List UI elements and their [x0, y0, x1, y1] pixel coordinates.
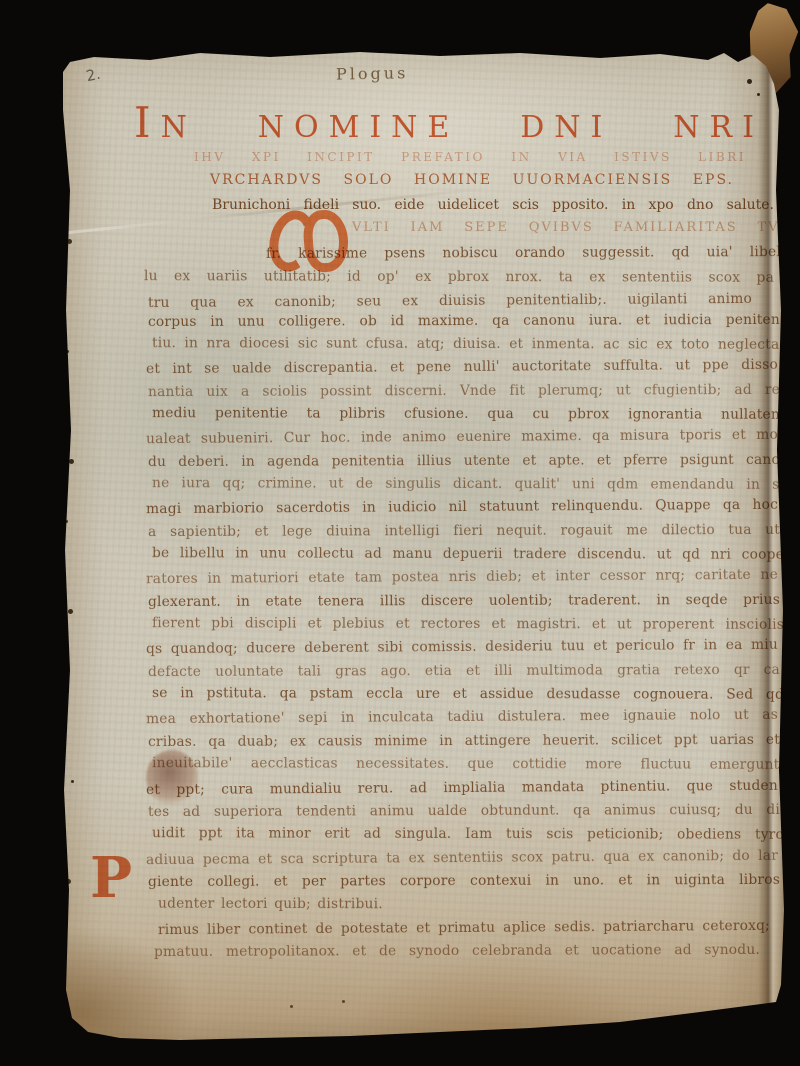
text-line: adiuua pecma et sca scriptura ta ex sent… — [146, 848, 778, 867]
text-line: fierent pbi discipli et plebius et recto… — [152, 616, 784, 632]
initial-m-right-bowl — [302, 209, 350, 274]
main-title-rubric: IN NOMINE DNI NRI — [134, 98, 764, 147]
running-title: Plogus — [336, 63, 409, 83]
text-line: defacte uoluntate tali gras ago. etia et… — [148, 663, 780, 680]
text-line: ineuitabile' aecclasticas necessitates. … — [152, 756, 784, 772]
faded-subtitle-rubric: IHV XPI INCIPIT PREFATIO IN VIA ISTIVS L… — [194, 150, 746, 164]
text-line: mea exhortatione' sepi in inculcata tadi… — [146, 708, 778, 727]
text-line: magi marbiorio sacerdotis in iudicio nil… — [146, 498, 778, 517]
text-line: et ppt; cura mundialiu reru. ad impliali… — [146, 778, 778, 797]
text-line: lu ex uariis utilitatib; id op' ex pbrox… — [144, 269, 774, 285]
text-line: a sapientib; et lege diuina intelligi fi… — [148, 523, 780, 540]
text-line: fr. karissime psens nobiscu orando sugge… — [266, 245, 781, 261]
manuscript-page: 2. Plogus IN NOMINE DNI NRI IHV XPI INCI… — [60, 50, 790, 1042]
text-line: rimus liber continet de potestate et pri… — [158, 918, 770, 937]
text-line: tru qua ex canonib; seu ex diuisis penit… — [148, 292, 752, 311]
text-line: qs quandoq; ducere deberent sibi comissi… — [146, 638, 778, 657]
text-line: glexerant. in etate tenera illis discere… — [148, 593, 780, 610]
worm-holes — [60, 50, 63, 53]
initial-p: P — [90, 850, 132, 906]
incipit-capitals: VLTI IAM SEPE QVIBVS FAMILIARITAS TVA — [352, 220, 790, 235]
text-line: du deberi. in agenda penitentia illius u… — [148, 452, 780, 469]
text-line: mediu penitentie ta plibris cfusione. qu… — [152, 406, 784, 422]
text-line: pmatuu. metropolitanox. et de synodo cel… — [154, 943, 760, 960]
text-line: ne iura qq; crimine. ut de singulis dica… — [152, 476, 784, 492]
text-line: ratores in maturiori etate tam postea nr… — [146, 568, 778, 587]
text-line: udenter lectori quib; distribui. — [158, 897, 403, 912]
text-line: be libellu in unu collectu ad manu depue… — [152, 546, 784, 562]
text-line: uidit ppt ita minor erit ad singula. Iam… — [152, 826, 784, 842]
author-rubric: VRCHARDVS SOLO HOMINE UUORMACIENSIS EPS. — [210, 172, 734, 188]
text-line: tes ad superiora tendenti animu ualde ob… — [148, 803, 780, 820]
text-line: ualeat subueniri. Cur hoc. inde animo eu… — [146, 428, 778, 447]
text-line: cribas. qa duab; ex causis minime in att… — [148, 733, 780, 750]
text-line: tiu. in nra diocesi sic sunt cfusa. atq;… — [152, 336, 784, 352]
text-line: et int se ualde discrepantia. et pene nu… — [146, 358, 778, 377]
text-line: corpus in unu colligere. ob id maxime. q… — [148, 312, 780, 329]
folio-pencil-mark: 2. — [84, 65, 102, 86]
photo-backdrop: 2. Plogus IN NOMINE DNI NRI IHV XPI INCI… — [0, 0, 800, 1066]
text-line: nantia uix a sciolis possint discerni. V… — [148, 382, 780, 399]
text-line: se in pstituta. qa pstam eccla ure et as… — [152, 686, 784, 702]
text-line: giente collegi. et per partes corpore co… — [148, 873, 780, 890]
initial-m-uncial — [270, 206, 354, 274]
